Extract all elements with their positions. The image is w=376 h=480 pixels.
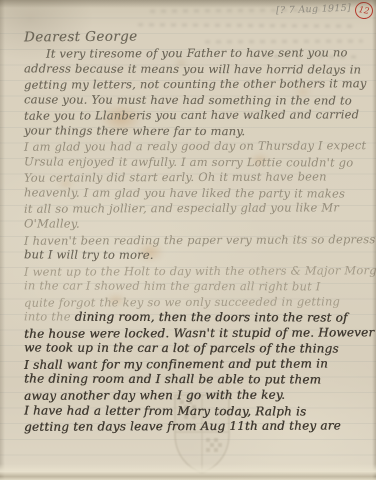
letter-line: It very tiresome of you Father to have s… xyxy=(24,45,366,62)
letter-line: it all so much jollier, and especially g… xyxy=(24,201,366,218)
letter-line-text: quite forgot the key so we only succeede… xyxy=(24,294,340,309)
letter-line: your things there where far to many. xyxy=(24,123,366,140)
letter-line-text: heavenly. I am glad you have liked the p… xyxy=(24,185,345,200)
letter-line: I went up to the Holt to day with the ot… xyxy=(24,263,366,280)
letter-line-text: the house were locked. Wasn't it stupid … xyxy=(24,325,374,341)
letter-line-text: we took up in the car a lot of parcels o… xyxy=(24,341,339,356)
letter-line-text: dining room, then the doors into the res… xyxy=(75,310,348,325)
letter-line-text: but I will try to more. xyxy=(24,248,154,262)
letter-line: the dining room and I shall be able to p… xyxy=(24,372,366,389)
page-number: 12 xyxy=(358,5,370,17)
letter-line: the house were locked. Wasn't it stupid … xyxy=(24,325,366,342)
letter-line-text: Ursula enjoyed it awfully. I am sorry Lo… xyxy=(24,154,353,169)
letter-line-text: the dining room and I shall be able to p… xyxy=(24,372,321,387)
bleed-through-text xyxy=(205,40,363,44)
letter-line: quite forgot the key so we only succeede… xyxy=(24,294,366,311)
letter-line-text: I have had a letter from Mary today, Ral… xyxy=(24,403,306,418)
letter-line: we took up in the car a lot of parcels o… xyxy=(24,341,366,358)
letter-line: into the dining room, then the doors int… xyxy=(24,310,366,327)
letter-line-text: cause you. You must have had something i… xyxy=(24,92,352,107)
letter-body: It very tiresome of you Father to have s… xyxy=(24,46,366,435)
letter-line: away another day when I go with the key. xyxy=(24,387,366,404)
letter-line: O'Malley. xyxy=(24,216,366,233)
letter-line: getting my letters, not counting the oth… xyxy=(24,76,366,93)
letter-line-text: getting ten days leave from Aug 11th and… xyxy=(24,418,341,433)
letter-line: cause you. You must have had something i… xyxy=(24,92,366,109)
salutation: Dearest George xyxy=(24,29,138,46)
page-number-badge: 12 xyxy=(354,1,375,21)
letter-line-text: I went up to the Holt to day with the ot… xyxy=(24,263,376,279)
letter-line: address because it means you will have h… xyxy=(24,61,366,78)
letter-line-text: O'Malley. xyxy=(24,216,80,230)
letter-line: getting ten days leave from Aug 11th and… xyxy=(24,418,366,435)
letter-line: but I will try to more. xyxy=(24,248,366,265)
letter-line-text: I am glad you had a realy good day on Th… xyxy=(24,139,366,154)
letter-line-text: I haven't been reading the paper very mu… xyxy=(24,232,376,248)
letter-line: I haven't been reading the paper very mu… xyxy=(24,232,366,249)
letter-line-text: take you to Llanberis you cant have walk… xyxy=(24,107,359,122)
letter-line: I have had a letter from Mary today, Ral… xyxy=(24,403,366,420)
letter-line: take you to Llanberis you cant have walk… xyxy=(24,107,366,124)
letter-line-text: It very tiresome of you Father to have s… xyxy=(46,45,348,60)
pencil-date-annotation: [? 7 Aug 1915] xyxy=(276,3,351,17)
page-edge-left xyxy=(0,0,5,480)
letter-line-text: getting my letters, not counting the oth… xyxy=(24,76,367,91)
letter-line-text: away another day when I go with the key. xyxy=(24,388,285,403)
letter-line: in the car I showed him the garden all r… xyxy=(24,279,366,296)
letter-page: [? 7 Aug 1915] 12 Dearest George It very… xyxy=(0,0,376,480)
letter-line-text: address because it means you will have h… xyxy=(24,61,361,76)
letter-line-text: You certainly did start early. Oh it mus… xyxy=(24,170,327,185)
letter-line-text: I shall want for my confinement and put … xyxy=(24,356,328,371)
letter-line-text: your things there where far to many. xyxy=(24,123,245,138)
page-edge-bottom xyxy=(0,464,376,480)
letter-line: I am glad you had a realy good day on Th… xyxy=(24,139,366,156)
letter-line-text: it all so much jollier, and especially g… xyxy=(24,201,339,216)
letter-line-text: in the car I showed him the garden all r… xyxy=(24,279,321,294)
letter-line: You certainly did start early. Oh it mus… xyxy=(24,170,366,187)
bleed-through-text xyxy=(138,23,353,28)
letter-line: Ursula enjoyed it awfully. I am sorry Lo… xyxy=(24,154,366,171)
letter-line-text: into the xyxy=(24,310,75,324)
